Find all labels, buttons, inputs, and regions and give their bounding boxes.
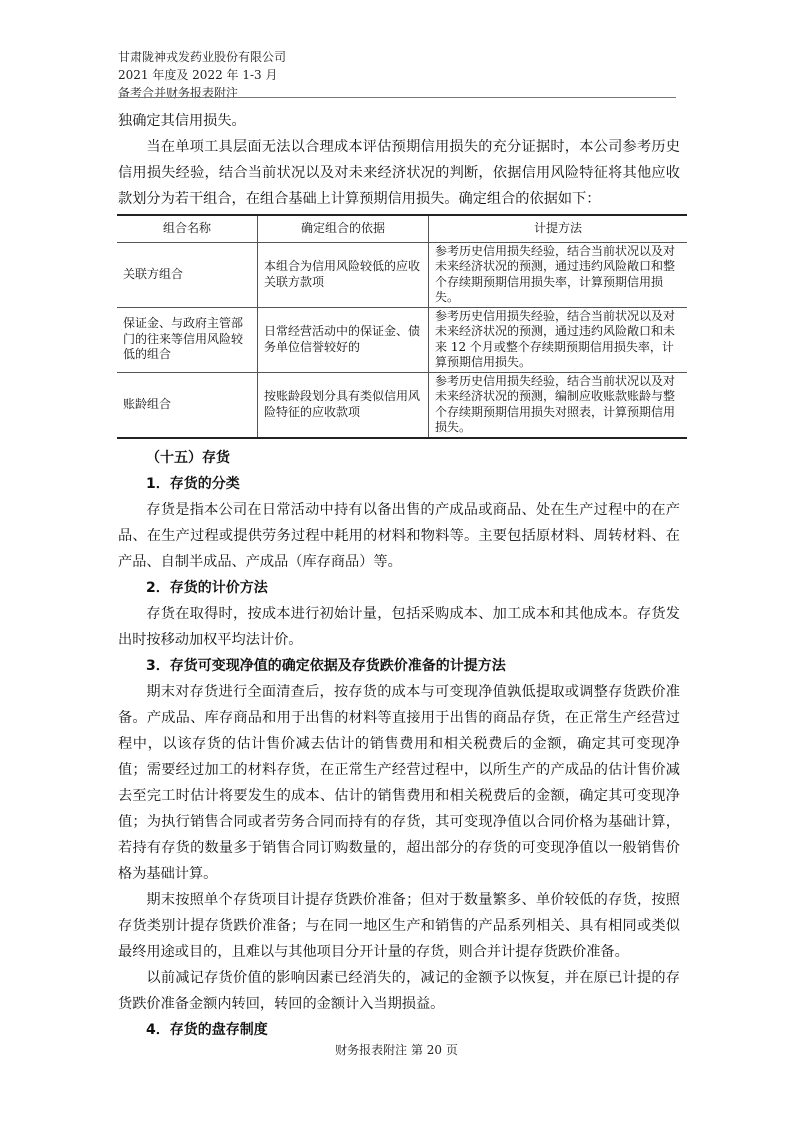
method-cell: 参考历史信用损失经验，结合当前状况以及对未来经济状况的预测，通过违约风险敞口和整… <box>429 242 688 307</box>
method-cell: 参考历史信用损失经验，结合当前状况以及对未来经济状况的预测，编制应收账款账龄与整… <box>429 372 688 438</box>
paragraph: 当在单项工具层面无法以合理成本评估预期信用损失的充分证据时，本公司参考历史信用损… <box>118 134 680 212</box>
subsection-heading: 4．存货的盘存制度 <box>118 1017 680 1043</box>
paragraph: 期末对存货进行全面清查后，按存货的成本与可变现净值孰低提取或调整存货跌价准备。产… <box>118 679 680 887</box>
document-body: 独确定其信用损失。 当在单项工具层面无法以合理成本评估预期信用损失的充分证据时，… <box>118 108 680 1043</box>
table-header-row: 组合名称 确定组合的依据 计提方法 <box>117 215 687 242</box>
subsection-heading: 2．存货的计价方法 <box>118 575 680 601</box>
table-row: 保证金、与政府主管部门的往来等信用风险较低的组合 日常经营活动中的保证金、债务单… <box>117 307 687 372</box>
document-title: 备考合并财务报表附注 <box>118 84 678 102</box>
subsection-heading: 1．存货的分类 <box>118 471 680 497</box>
combination-name-cell: 关联方组合 <box>117 242 258 307</box>
credit-loss-combination-table: 组合名称 确定组合的依据 计提方法 关联方组合 本组合为信用风险较低的应收关联方… <box>117 214 687 439</box>
table-row: 关联方组合 本组合为信用风险较低的应收关联方款项 参考历史信用损失经验，结合当前… <box>117 242 687 307</box>
column-header: 组合名称 <box>117 215 258 242</box>
column-header: 确定组合的依据 <box>258 215 429 242</box>
paragraph: 存货是指本公司在日常活动中持有以备出售的产成品或商品、处在生产过程中的在产品、在… <box>118 497 680 575</box>
column-header: 计提方法 <box>429 215 688 242</box>
paragraph: 期末按照单个存货项目计提存货跌价准备；但对于数量繁多、单价较低的存货，按照存货类… <box>118 887 680 965</box>
paragraph: 存货在取得时，按成本进行初始计量，包括采购成本、加工成本和其他成本。存货发出时按… <box>118 601 680 653</box>
page-header: 甘肃陇神戎发药业股份有限公司 2021 年度及 2022 年 1-3 月 备考合… <box>118 48 678 102</box>
combination-name-cell: 保证金、与政府主管部门的往来等信用风险较低的组合 <box>117 307 258 372</box>
paragraph: 以前减记存货价值的影响因素已经消失的，减记的金额予以恢复，并在原已计提的存货跌价… <box>118 965 680 1017</box>
header-divider <box>118 97 676 98</box>
paragraph: 独确定其信用损失。 <box>118 108 680 134</box>
basis-cell: 按账龄段划分具有类似信用风险特征的应收款项 <box>258 372 429 438</box>
method-cell: 参考历史信用损失经验，结合当前状况以及对未来经济状况的预测，通过违约风险敞口和未… <box>429 307 688 372</box>
basis-cell: 日常经营活动中的保证金、债务单位信誉较好的 <box>258 307 429 372</box>
subsection-heading: 3．存货可变现净值的确定依据及存货跌价准备的计提方法 <box>118 653 680 679</box>
company-name: 甘肃陇神戎发药业股份有限公司 <box>118 48 678 66</box>
report-period: 2021 年度及 2022 年 1-3 月 <box>118 66 678 84</box>
table-row: 账龄组合 按账龄段划分具有类似信用风险特征的应收款项 参考历史信用损失经验，结合… <box>117 372 687 438</box>
basis-cell: 本组合为信用风险较低的应收关联方款项 <box>258 242 429 307</box>
combination-name-cell: 账龄组合 <box>117 372 258 438</box>
page-footer: 财务报表附注 第 20 页 <box>0 1041 793 1058</box>
section-heading: （十五）存货 <box>118 445 680 471</box>
